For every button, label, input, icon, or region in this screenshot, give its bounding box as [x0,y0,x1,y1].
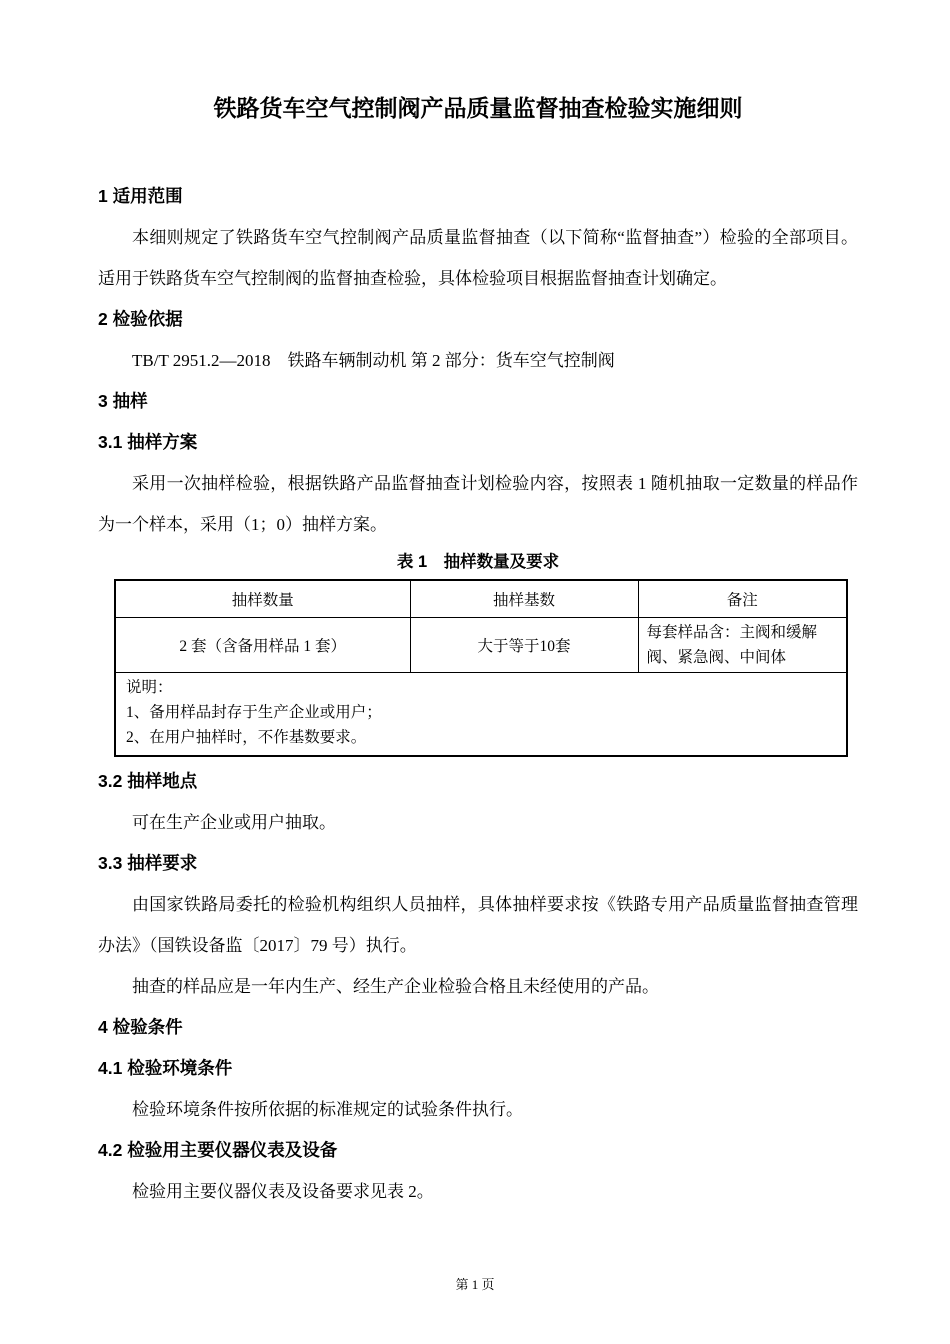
table1-data-row: 2 套（含备用样品 1 套） 大于等于10套 每套样品含：主阀和缓解阀、紧急阀、… [115,618,847,673]
table1-header-quantity: 抽样数量 [115,580,410,618]
paragraph-scope: 本细则规定了铁路货车空气控制阀产品质量监督抽查（以下简称“监督抽查”）检验的全部… [98,217,858,299]
paragraph-instruments-equipment: 检验用主要仪器仪表及设备要求见表 2。 [98,1171,858,1212]
table1-note-item-2: 2、在用户抽样时，不作基数要求。 [126,725,836,750]
heading-sampling-plan: 3.1 抽样方案 [98,422,858,463]
heading-environment-conditions: 4.1 检验环境条件 [98,1048,858,1089]
paragraph-sampling-requirements-1: 由国家铁路局委托的检验机构组织人员抽样，具体抽样要求按《铁路专用产品质量监督抽查… [98,884,858,966]
paragraph-sampling-requirements-2: 抽查的样品应是一年内生产、经生产企业检验合格且未经使用的产品。 [98,966,858,1007]
document-page: 铁路货车空气控制阀产品质量监督抽查检验实施细则 1 适用范围 本细则规定了铁路货… [0,0,950,1212]
table1-header-remarks: 备注 [638,580,847,618]
table1-header-base: 抽样基数 [410,580,638,618]
heading-instruments-equipment: 4.2 检验用主要仪器仪表及设备 [98,1130,858,1171]
page-number-footer: 第 1 页 [0,1276,950,1294]
heading-inspection-basis: 2 检验依据 [98,299,858,340]
table1-sampling-quantity: 抽样数量 抽样基数 备注 2 套（含备用样品 1 套） 大于等于10套 每套样品… [114,579,848,757]
heading-inspection-conditions: 4 检验条件 [98,1007,858,1048]
paragraph-environment-conditions: 检验环境条件按所依据的标准规定的试验条件执行。 [98,1089,858,1130]
heading-scope: 1 适用范围 [98,176,858,217]
document-title: 铁路货车空气控制阀产品质量监督抽查检验实施细则 [98,88,858,128]
table1-note-item-1: 1、备用样品封存于生产企业或用户； [126,700,836,725]
heading-sampling: 3 抽样 [98,381,858,422]
table1-note-label: 说明： [126,675,836,700]
paragraph-sampling-plan: 采用一次抽样检验，根据铁路产品监督抽查计划检验内容，按照表 1 随机抽取一定数量… [98,463,858,545]
table1-cell-remarks: 每套样品含：主阀和缓解阀、紧急阀、中间体 [638,618,847,673]
table1-cell-quantity: 2 套（含备用样品 1 套） [115,618,410,673]
table1-header-row: 抽样数量 抽样基数 备注 [115,580,847,618]
table1-note-row: 说明： 1、备用样品封存于生产企业或用户； 2、在用户抽样时，不作基数要求。 [115,673,847,757]
heading-sampling-requirements: 3.3 抽样要求 [98,843,858,884]
paragraph-standard-reference: TB/T 2951.2—2018 铁路车辆制动机 第 2 部分：货车空气控制阀 [98,340,858,381]
table1-cell-base: 大于等于10套 [410,618,638,673]
table1-caption: 表 1 抽样数量及要求 [98,547,858,577]
table1-note-cell: 说明： 1、备用样品封存于生产企业或用户； 2、在用户抽样时，不作基数要求。 [115,673,847,757]
paragraph-sampling-location: 可在生产企业或用户抽取。 [98,802,858,843]
heading-sampling-location: 3.2 抽样地点 [98,761,858,802]
